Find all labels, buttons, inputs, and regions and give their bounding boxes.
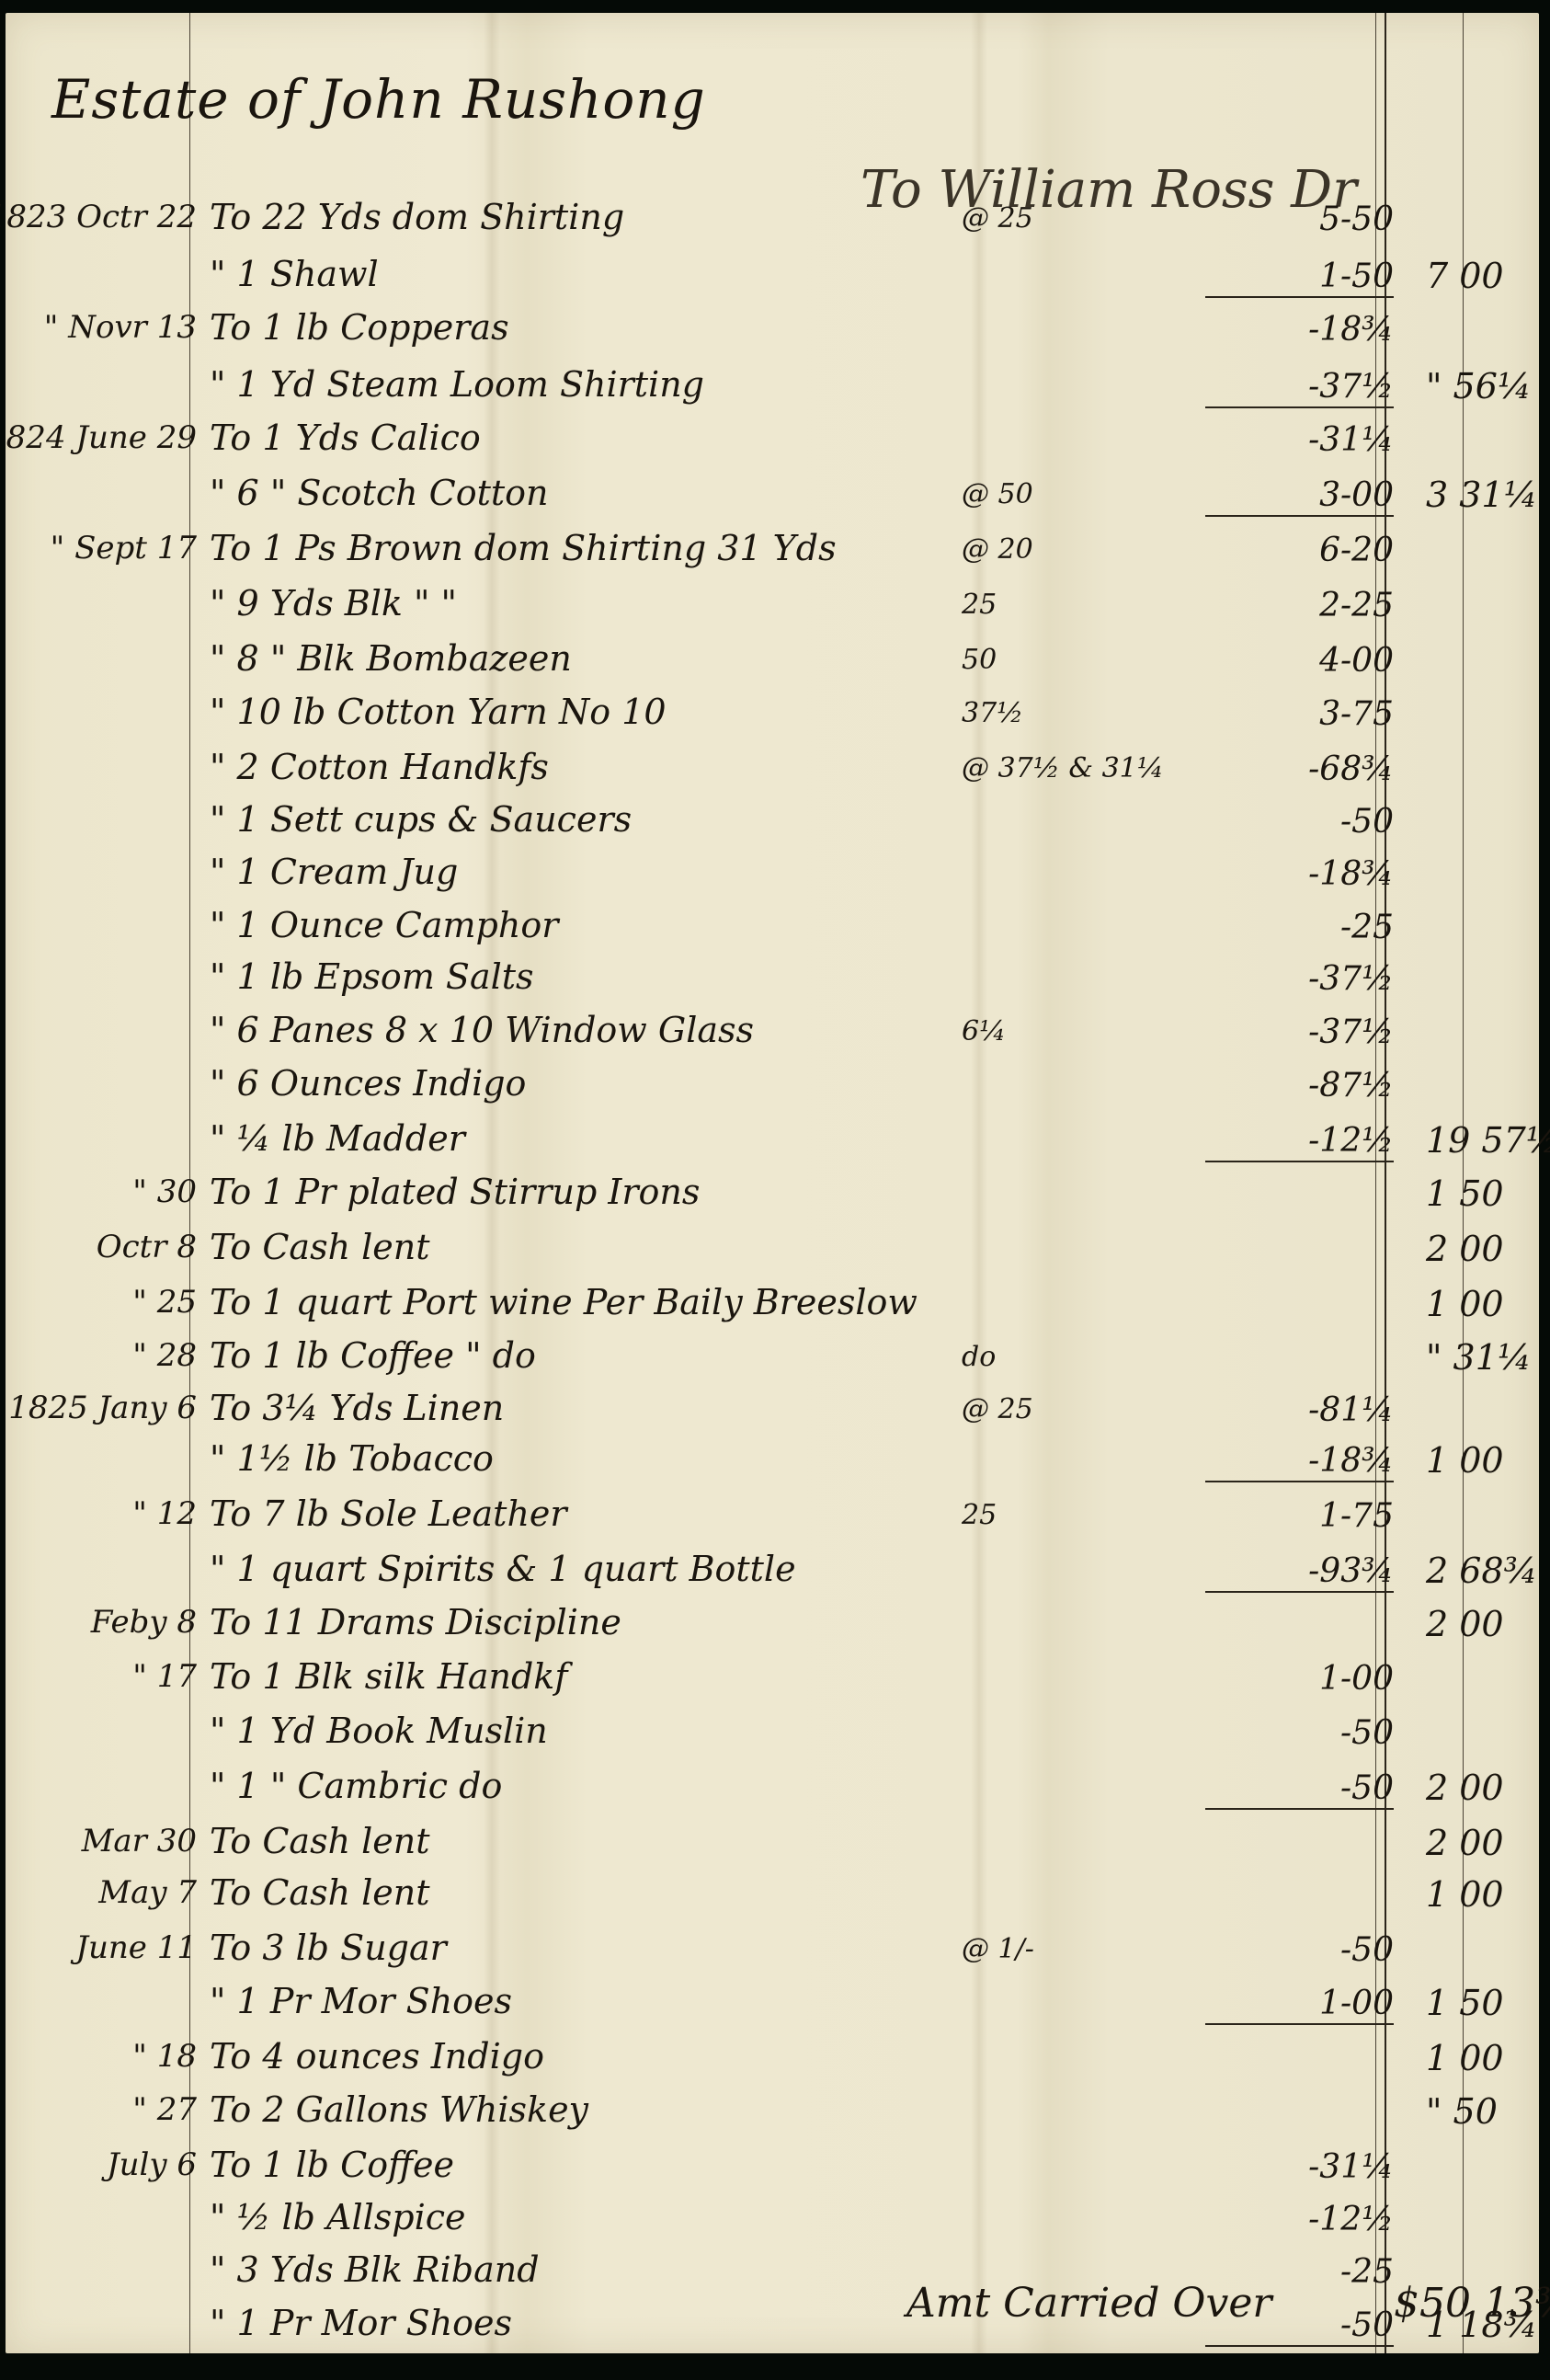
entry-total: 19 57½ (1426, 1120, 1550, 1161)
entry-amount: -87½ (1308, 1067, 1394, 1104)
entry-date: Octr 8 (97, 1229, 197, 1265)
entry-desc: To 2 Gallons Whiskey (210, 2089, 588, 2130)
entry-rate: @ 25 (962, 202, 1033, 235)
subtotal-rule (1205, 1808, 1394, 1810)
entry-desc: To 1 Ps Brown dom Shirting 31 Yds (210, 528, 837, 568)
entry-desc: " 1 Ounce Camphor (210, 905, 558, 945)
entry-total: 2 00 (1426, 1229, 1504, 1269)
entry-desc: " 1 Shawl (210, 254, 379, 294)
entry-desc: " 6 " Scotch Cotton (210, 473, 549, 513)
entry-total: 1 00 (1426, 1874, 1504, 1915)
entry-desc: To 1 Yds Calico (210, 418, 481, 458)
ledger-row: " 1 Shawl1-507 00 (6, 250, 1539, 302)
entry-amount: -18¾ (1308, 855, 1394, 893)
entry-desc: To Cash lent (210, 1227, 430, 1267)
subtotal-rule (1205, 2023, 1394, 2025)
ledger-row: " 1 Yd Steam Loom Shirting-37½" 56¼ (6, 360, 1539, 412)
ledger-row: May 7To Cash lent1 00 (6, 1869, 1539, 1920)
entry-total: " 31¼ (1426, 1337, 1532, 1378)
ledger-row: " 25To 1 quart Port wine Per Baily Brees… (6, 1278, 1539, 1330)
ledger-row: " ½ lb Allspice-12½ (6, 2193, 1539, 2245)
ledger-row: " 27To 2 Gallons Whiskey" 50 (6, 2086, 1539, 2137)
entry-desc: To 3¼ Yds Linen (210, 1388, 504, 1428)
ledger-page: Estate of John Rushong To William Ross D… (6, 13, 1539, 2353)
carried-over-label: Amt Carried Over (906, 2280, 1271, 2327)
entry-amount: -12½ (1308, 2201, 1394, 2238)
entry-rate: @ 37½ & 31¼ (962, 752, 1164, 784)
entry-amount: -37½ (1308, 960, 1394, 998)
entry-rate: 37½ (962, 697, 1023, 729)
entry-date: 1824 June 29 (0, 419, 197, 456)
ledger-row: 1824 June 29To 1 Yds Calico-31¼ (6, 414, 1539, 465)
entry-date: " Sept 17 (51, 530, 197, 566)
entry-desc: To 1 lb Coffee " do (210, 1335, 536, 1376)
ledger-row: " Sept 17To 1 Ps Brown dom Shirting 31 Y… (6, 524, 1539, 576)
entry-desc: " 6 Panes 8 x 10 Window Glass (210, 1010, 754, 1050)
ledger-row: Mar 30To Cash lent2 00 (6, 1817, 1539, 1869)
ledger-row: " 6 Panes 8 x 10 Window Glass6¼-37½ (6, 1006, 1539, 1058)
entry-amount: -12½ (1308, 1122, 1394, 1160)
entry-total: 1 00 (1426, 1440, 1504, 1481)
entry-date: " Novr 13 (44, 309, 197, 346)
subtotal-rule (1205, 2345, 1394, 2347)
entry-date: 1825 Jany 6 (8, 1390, 197, 1426)
entry-date: Mar 30 (82, 1823, 197, 1859)
entry-amount: -68¾ (1308, 750, 1394, 788)
entry-desc: To 1 lb Copperas (210, 307, 509, 348)
entry-rate: @ 50 (962, 478, 1033, 510)
entry-amount: 6-20 (1319, 532, 1394, 569)
entry-desc: To Cash lent (210, 1821, 430, 1861)
entry-amount: -50 (1340, 1714, 1394, 1752)
entry-rate: @ 25 (962, 1393, 1033, 1425)
ledger-row: July 6To 1 lb Coffee-31¼ (6, 2141, 1539, 2192)
carried-over-total: $50 13¾ (1394, 2280, 1550, 2327)
ledger-row: June 11To 3 lb Sugar@ 1/--50 (6, 1924, 1539, 1975)
entry-desc: " 3 Yds Blk Riband (210, 2249, 540, 2290)
entry-date: " 27 (132, 2091, 197, 2128)
subtotal-rule (1205, 1591, 1394, 1593)
ledger-row: " 9 Yds Blk " "252-25 (6, 579, 1539, 631)
entry-desc: " 1 " Cambric do (210, 1766, 502, 1806)
entry-rate: @ 20 (962, 533, 1033, 566)
subtotal-rule (1205, 1481, 1394, 1482)
entry-total: 1 50 (1426, 1983, 1504, 2023)
ledger-row: " 1 Cream Jug-18¾ (6, 848, 1539, 899)
entry-total: 2 00 (1426, 1768, 1504, 1808)
entry-total: " 50 (1426, 2091, 1498, 2132)
entry-desc: " 1 Pr Mor Shoes (210, 1981, 512, 2021)
entry-desc: " 1 Pr Mor Shoes (210, 2303, 512, 2343)
entry-desc: To 1 quart Port wine Per Baily Breeslow (210, 1282, 917, 1322)
entry-amount: -25 (1340, 909, 1394, 946)
entry-amount: 1-00 (1319, 1660, 1394, 1698)
entry-amount: 1-50 (1319, 257, 1394, 295)
ledger-row: " 2 Cotton Handkfs@ 37½ & 31¼-68¾ (6, 743, 1539, 795)
ledger-row: " 6 " Scotch Cotton@ 503-003 31¼ (6, 469, 1539, 521)
entry-date: 1823 Octr 22 (0, 199, 197, 235)
entry-desc: " 1½ lb Tobacco (210, 1438, 494, 1479)
entry-desc: " 1 quart Spirits & 1 quart Bottle (210, 1549, 796, 1589)
entry-date: " 25 (132, 1284, 197, 1321)
entry-desc: " 10 lb Cotton Yarn No 10 (210, 692, 667, 732)
entry-date: " 17 (132, 1658, 197, 1695)
entry-desc: To 1 lb Coffee (210, 2145, 454, 2185)
subtotal-rule (1205, 1161, 1394, 1162)
ledger-row: " 1 lb Epsom Salts-37½ (6, 953, 1539, 1004)
ledger-row: " 1 Yd Book Muslin-50 (6, 1707, 1539, 1758)
entry-total: 2 00 (1426, 1604, 1504, 1644)
ledger-row: " Novr 13To 1 lb Copperas-18¾ (6, 303, 1539, 355)
entry-amount: -81¼ (1308, 1391, 1394, 1429)
subtotal-rule (1205, 406, 1394, 408)
entry-desc: To 1 Pr plated Stirrup Irons (210, 1172, 700, 1212)
ledger-row: " 30To 1 Pr plated Stirrup Irons1 50 (6, 1168, 1539, 1219)
entry-total: 2 00 (1426, 1823, 1504, 1863)
entry-amount: -25 (1340, 2253, 1394, 2291)
entry-rate: 6¼ (962, 1015, 1006, 1047)
entry-desc: To 4 ounces Indigo (210, 2036, 544, 2077)
entry-date: " 18 (132, 2038, 197, 2075)
document-title: Estate of John Rushong (51, 68, 706, 131)
entry-desc: " 9 Yds Blk " " (210, 583, 457, 624)
entry-desc: " 1 Yd Book Muslin (210, 1711, 548, 1751)
entry-amount: -18¾ (1308, 1442, 1394, 1480)
entry-date: " 28 (132, 1337, 197, 1374)
entry-date: July 6 (107, 2146, 197, 2183)
entry-date: " 30 (132, 1173, 197, 1210)
entry-rate: 25 (962, 1499, 997, 1531)
entry-total: 1 00 (1426, 2038, 1504, 2078)
ledger-row: Octr 8To Cash lent2 00 (6, 1223, 1539, 1275)
ledger-row: " 1½ lb Tobacco-18¾1 00 (6, 1435, 1539, 1486)
entry-amount: 1-75 (1319, 1497, 1394, 1535)
entry-rate: 25 (962, 589, 997, 621)
entry-rate: 50 (962, 644, 997, 676)
entry-amount: -50 (1340, 2306, 1394, 2344)
entry-amount: 2-25 (1319, 587, 1394, 624)
ledger-row: " 18To 4 ounces Indigo1 00 (6, 2032, 1539, 2084)
entry-date: " 12 (132, 1495, 197, 1532)
entry-total: 2 68¾ (1426, 1550, 1537, 1591)
entry-amount: -50 (1340, 803, 1394, 841)
entry-amount: -37½ (1308, 1013, 1394, 1051)
ledger-row: " 1 Pr Mor Shoes-501 18¾ (6, 2299, 1539, 2351)
entry-desc: " ½ lb Allspice (210, 2197, 466, 2237)
ledger-row: " 8 " Blk Bombazeen504-00 (6, 635, 1539, 686)
entry-amount: -31¼ (1308, 421, 1394, 459)
entry-desc: To 7 lb Sole Leather (210, 1493, 567, 1534)
entry-amount: -50 (1340, 1769, 1394, 1807)
entry-date: May 7 (98, 1874, 197, 1911)
entry-total: 1 50 (1426, 1173, 1504, 1214)
entry-total: 1 00 (1426, 1284, 1504, 1324)
entry-amount: 3-00 (1319, 476, 1394, 514)
entry-desc: To 11 Drams Discipline (210, 1602, 621, 1642)
ledger-row: " 10 lb Cotton Yarn No 1037½3-75 (6, 688, 1539, 739)
ledger-row: " 1 " Cambric do-502 00 (6, 1762, 1539, 1814)
ledger-row: " 1 Ounce Camphor-25 (6, 901, 1539, 953)
entry-desc: " 6 Ounces Indigo (210, 1063, 526, 1104)
ledger-row: " 1 Pr Mor Shoes1-001 50 (6, 1977, 1539, 2029)
entry-rate: do (962, 1341, 996, 1373)
entry-date: June 11 (75, 1929, 197, 1966)
entry-desc: " 1 Sett cups & Saucers (210, 799, 632, 840)
entry-amount: -93¾ (1308, 1552, 1394, 1590)
entry-desc: " 8 " Blk Bombazeen (210, 638, 572, 679)
entry-amount: -31¼ (1308, 2148, 1394, 2186)
entry-amount: -37½ (1308, 368, 1394, 406)
entry-desc: " 1 Cream Jug (210, 852, 458, 892)
entry-amount: 3-75 (1319, 695, 1394, 733)
entry-amount: 5-50 (1319, 200, 1394, 238)
entry-amount: 1-00 (1319, 1985, 1394, 2022)
subtotal-rule (1205, 515, 1394, 517)
ledger-row: " 1 Sett cups & Saucers-50 (6, 795, 1539, 847)
ledger-row: Feby 8To 11 Drams Discipline2 00 (6, 1598, 1539, 1650)
entry-rate: @ 1/- (962, 1933, 1034, 1965)
ledger-row: 1823 Octr 22To 22 Yds dom Shirting@ 255-… (6, 193, 1539, 245)
entry-desc: To 22 Yds dom Shirting (210, 197, 624, 237)
ledger-row: " 28To 1 lb Coffee " dodo" 31¼ (6, 1332, 1539, 1383)
ledger-row: " 12To 7 lb Sole Leather251-75 (6, 1490, 1539, 1541)
entry-amount: 4-00 (1319, 642, 1394, 680)
entry-total: 3 31¼ (1426, 475, 1537, 515)
entry-desc: To 3 lb Sugar (210, 1928, 447, 1968)
ledger-row: " 17To 1 Blk silk Handkf1-00 (6, 1653, 1539, 1704)
entry-desc: " 2 Cotton Handkfs (210, 747, 549, 787)
entry-amount: -18¾ (1308, 311, 1394, 349)
entry-total: " 56¼ (1426, 366, 1532, 406)
entry-date: Feby 8 (91, 1604, 197, 1641)
entry-total: 7 00 (1426, 256, 1504, 296)
entry-desc: To Cash lent (210, 1872, 430, 1913)
ledger-row: 1825 Jany 6To 3¼ Yds Linen@ 25-81¼ (6, 1384, 1539, 1436)
entry-desc: " 1 Yd Steam Loom Shirting (210, 364, 704, 405)
entry-desc: " 1 lb Epsom Salts (210, 956, 534, 997)
ledger-row: " 6 Ounces Indigo-87½ (6, 1059, 1539, 1111)
entry-desc: " ¼ lb Madder (210, 1118, 465, 1159)
ledger-row: " 3 Yds Blk Riband-25 (6, 2246, 1539, 2297)
entry-desc: To 1 Blk silk Handkf (210, 1656, 567, 1697)
subtotal-rule (1205, 296, 1394, 298)
entry-amount: -50 (1340, 1931, 1394, 1969)
ledger-row: " ¼ lb Madder-12½19 57½ (6, 1115, 1539, 1166)
ledger-row: " 1 quart Spirits & 1 quart Bottle-93¾2 … (6, 1545, 1539, 1596)
